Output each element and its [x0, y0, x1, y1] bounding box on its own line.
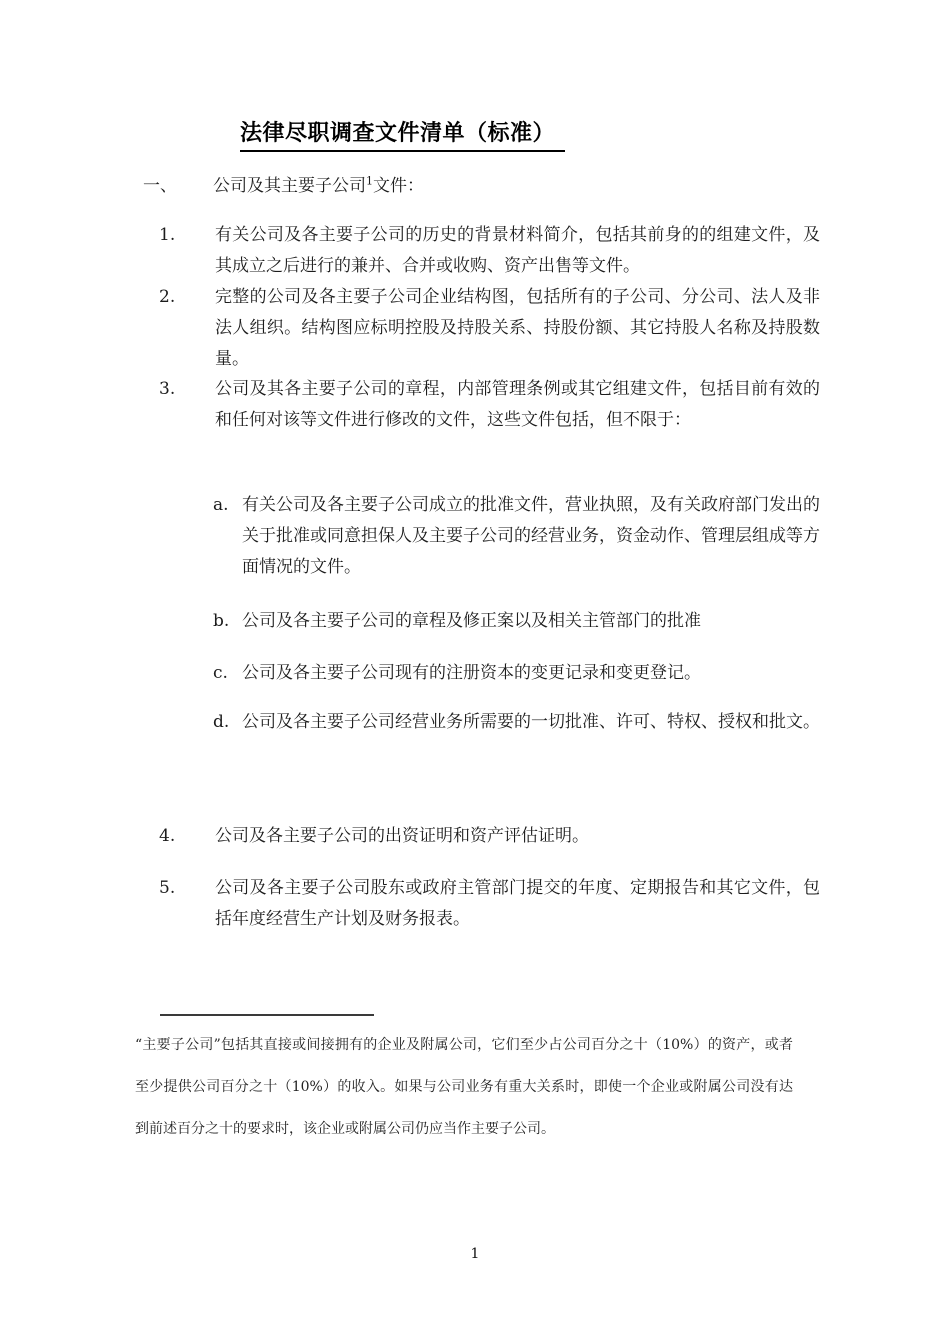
section-heading-text: 公司及其主要子公司 — [213, 176, 366, 196]
list-item-5-number: 5. — [159, 873, 215, 935]
list-item-2-number: 2. — [159, 282, 215, 375]
list-item-5: 5. 公司及各主要子公司股东或政府主管部门提交的年度、定期报告和其它文件，包括年… — [159, 873, 820, 935]
footnote-text: “主要子公司”包括其直接或间接拥有的企业及附属公司，它们至少占公司百分之十（10… — [135, 1024, 793, 1150]
sub-item-d-letter: d. — [213, 707, 242, 738]
list-item-5-text: 公司及各主要子公司股东或政府主管部门提交的年度、定期报告和其它文件，包括年度经营… — [215, 873, 820, 935]
sub-item-c-text: 公司及各主要子公司现有的注册资本的变更记录和变更登记。 — [242, 658, 820, 689]
sub-item-d-text: 公司及各主要子公司经营业务所需要的一切批准、许可、特权、授权和批文。 — [242, 707, 820, 738]
section-heading-suffix: 文件： — [373, 176, 424, 196]
sub-item-a-text: 有关公司及各主要子公司成立的批准文件，营业执照，及有关政府部门发出的关于批准或同… — [242, 490, 820, 583]
sub-item-d: d. 公司及各主要子公司经营业务所需要的一切批准、许可、特权、授权和批文。 — [213, 707, 820, 738]
list-item-2: 2. 完整的公司及各主要子公司企业结构图，包括所有的子公司、分公司、法人及非法人… — [159, 282, 820, 375]
list-item-2-text: 完整的公司及各主要子公司企业结构图，包括所有的子公司、分公司、法人及非法人组织。… — [215, 282, 820, 375]
list-item-4: 4. 公司及各主要子公司的出资证明和资产评估证明。 — [159, 821, 820, 852]
list-item-4-number: 4. — [159, 821, 215, 852]
sub-item-c: c. 公司及各主要子公司现有的注册资本的变更记录和变更登记。 — [213, 658, 820, 689]
document-page: 法律尽职调查文件清单（标准） 一、公司及其主要子公司1文件： 1. 有关公司及各… — [0, 0, 950, 1344]
document-title-text: 法律尽职调查文件清单（标准） — [240, 116, 565, 152]
list-item-1: 1. 有关公司及各主要子公司的历史的背景材料简介，包括其前身的的组建文件，及其成… — [159, 220, 820, 282]
list-item-3-text: 公司及其各主要子公司的章程，内部管理条例或其它组建文件，包括目前有效的和任何对该… — [215, 374, 820, 436]
sub-item-b: b. 公司及各主要子公司的章程及修正案以及相关主管部门的批准 — [213, 606, 820, 637]
list-item-3: 3. 公司及其各主要子公司的章程，内部管理条例或其它组建文件，包括目前有效的和任… — [159, 374, 820, 436]
document-title: 法律尽职调查文件清单（标准） — [240, 116, 565, 152]
sub-item-a: a. 有关公司及各主要子公司成立的批准文件，营业执照，及有关政府部门发出的关于批… — [213, 490, 820, 583]
sub-item-b-letter: b. — [213, 606, 242, 637]
list-item-3-number: 3. — [159, 374, 215, 436]
sub-item-c-letter: c. — [213, 658, 242, 689]
sub-item-a-letter: a. — [213, 490, 242, 583]
list-item-1-text: 有关公司及各主要子公司的历史的背景材料简介，包括其前身的的组建文件，及其成立之后… — [215, 220, 820, 282]
list-item-1-number: 1. — [159, 220, 215, 282]
footnote-reference-mark: 1 — [366, 174, 373, 187]
footnote-separator-rule — [160, 1014, 374, 1016]
list-item-4-text: 公司及各主要子公司的出资证明和资产评估证明。 — [215, 821, 820, 852]
page-number: 1 — [0, 1245, 950, 1263]
sub-item-b-text: 公司及各主要子公司的章程及修正案以及相关主管部门的批准 — [242, 606, 820, 637]
section-marker: 一、 — [143, 171, 213, 202]
section-heading: 一、公司及其主要子公司1文件： — [143, 171, 833, 202]
